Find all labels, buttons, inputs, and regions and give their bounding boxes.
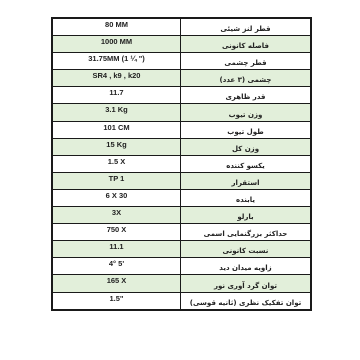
spec-label: یکسو کننده: [181, 155, 312, 172]
spec-value: 3X: [52, 207, 181, 224]
table-row: 1.5 X یکسو کننده: [52, 155, 311, 172]
spec-label: طول تیوب: [181, 121, 312, 138]
spec-value: 750 X: [52, 224, 181, 241]
spec-label: حداکثر بزرگنمایی اسمی: [181, 224, 312, 241]
spec-label: فاصله کانونی: [181, 36, 312, 53]
spec-label: استقرار: [181, 172, 312, 189]
table-row: 750 X حداکثر بزرگنمایی اسمی: [52, 224, 311, 241]
spec-value: SR4 , k9 , k20: [52, 70, 181, 87]
table-row: 1000 MM فاصله کانونی: [52, 36, 311, 53]
spec-value: 165 X: [52, 275, 181, 292]
telescope-specs-table: 80 MM قطر لنز شیئی 1000 MM فاصله کانونی …: [51, 17, 312, 311]
spec-value: 11.7: [52, 87, 181, 104]
spec-label: توان تفکیک نظری (ثانیه قوسی): [181, 292, 312, 310]
table-row: 15 Kg وزن کل: [52, 138, 311, 155]
table-row: 165 X توان گرد آوری نور: [52, 275, 311, 292]
spec-value: 3.1 Kg: [52, 104, 181, 121]
spec-value: 1.5 X: [52, 155, 181, 172]
spec-label: چشمی (۳ عدد): [181, 70, 312, 87]
table-row: 80 MM قطر لنز شیئی: [52, 18, 311, 36]
spec-value: TP 1: [52, 172, 181, 189]
table-row: 4° 5' زاویه میدان دید: [52, 258, 311, 275]
spec-label: قطر لنز شیئی: [181, 18, 312, 36]
table-row: 101 CM طول تیوب: [52, 121, 311, 138]
spec-value: 101 CM: [52, 121, 181, 138]
table-row: SR4 , k9 , k20 چشمی (۳ عدد): [52, 70, 311, 87]
spec-label: توان گرد آوری نور: [181, 275, 312, 292]
spec-label: قدر ظاهری: [181, 87, 312, 104]
table-row: 11.7 قدر ظاهری: [52, 87, 311, 104]
table-row: 3.1 Kg وزن تیوب: [52, 104, 311, 121]
page: 80 MM قطر لنز شیئی 1000 MM فاصله کانونی …: [0, 0, 360, 360]
table-row: TP 1 استقرار: [52, 172, 311, 189]
spec-value: 15 Kg: [52, 138, 181, 155]
spec-value: 6 X 30: [52, 189, 181, 206]
spec-label: قطر چشمی: [181, 53, 312, 70]
spec-value: 4° 5': [52, 258, 181, 275]
spec-label: وزن کل: [181, 138, 312, 155]
spec-value: 80 MM: [52, 18, 181, 36]
spec-label: نسبت کانونی: [181, 241, 312, 258]
table-row: 6 X 30 یابنده: [52, 189, 311, 206]
spec-value: 1.5": [52, 292, 181, 310]
spec-value: 11.1: [52, 241, 181, 258]
spec-label: زاویه میدان دید: [181, 258, 312, 275]
table-row: 3X بارلو: [52, 207, 311, 224]
table-row: 31.75MM (1 ¼ ") قطر چشمی: [52, 53, 311, 70]
spec-value: 1000 MM: [52, 36, 181, 53]
spec-label: بارلو: [181, 207, 312, 224]
spec-label: یابنده: [181, 189, 312, 206]
table-row: 11.1 نسبت کانونی: [52, 241, 311, 258]
spec-value: 31.75MM (1 ¼ "): [52, 53, 181, 70]
table-row: 1.5" توان تفکیک نظری (ثانیه قوسی): [52, 292, 311, 310]
spec-label: وزن تیوب: [181, 104, 312, 121]
